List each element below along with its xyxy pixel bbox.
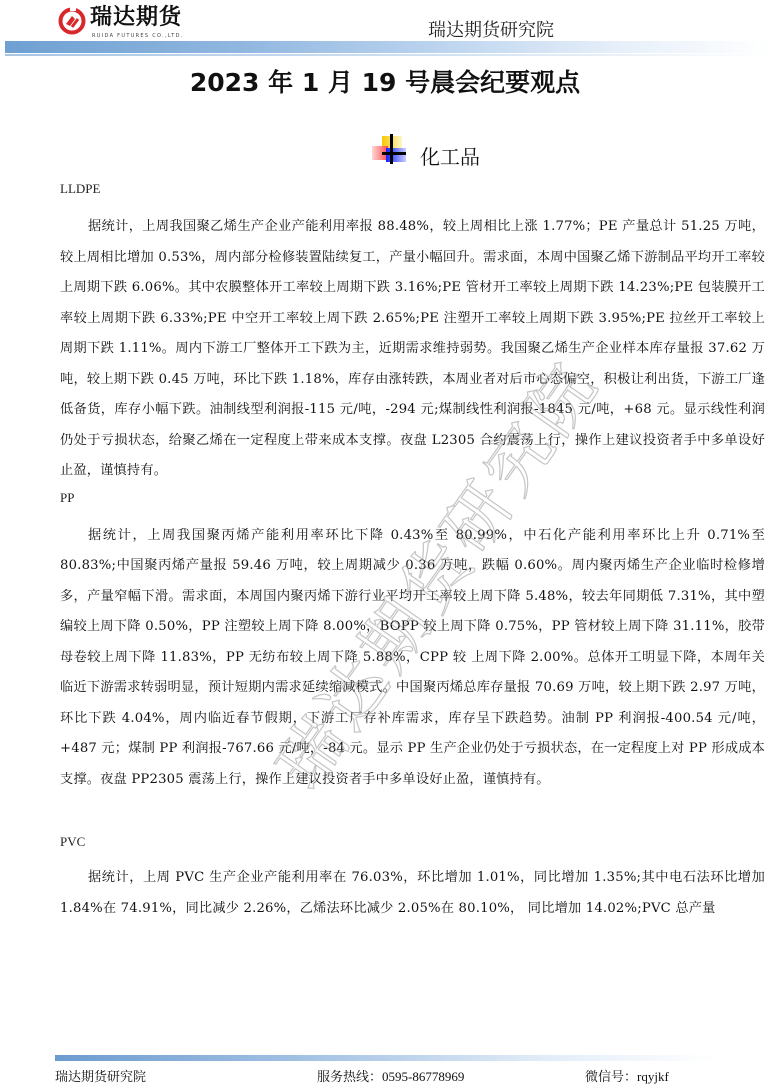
- cross-color-bullet-icon: [372, 132, 408, 168]
- commodity-label-pp: PP: [60, 487, 765, 509]
- header-institute-name: 瑞达期货研究院: [428, 19, 554, 43]
- commodity-paragraph-pvc: 据统计，上周 PVC 生产企业产能利用率在 76.03%，环比增加 1.01%，…: [60, 863, 765, 924]
- commodity-paragraph-lldpe: 据统计，上周我国聚乙烯生产企业产能利用率报 88.48%，较上周相比上涨 1.7…: [60, 212, 765, 487]
- footer-gradient-bar: [55, 1055, 715, 1061]
- ruida-logo-icon: [58, 7, 86, 35]
- footer-org: 瑞达期货研究院: [55, 1066, 146, 1088]
- footer-wechat: 微信号：rqyjkf: [585, 1066, 669, 1088]
- section-heading-label: 化工品: [420, 144, 480, 170]
- document-title: 2023 年 1 月 19 号晨会纪要观点: [0, 66, 770, 100]
- footer-hotline: 服务热线：0595-86778969: [317, 1066, 464, 1088]
- page-footer: 瑞达期货研究院 服务热线：0595-86778969 微信号：rqyjkf: [55, 1066, 765, 1088]
- commodity-paragraph-pp: 据统计，上周我国聚丙烯产能利用率环比下降 0.43%至 80.99%，中石化产能…: [60, 521, 765, 796]
- header-gradient-bar: [5, 41, 770, 53]
- commodity-label-lldpe: LLDPE: [60, 178, 765, 200]
- logo-text-en: RUIDA FUTURES CO.,LTD.: [92, 33, 184, 39]
- page-header: 瑞达期货 RUIDA FUTURES CO.,LTD. 瑞达期货研究院: [0, 0, 770, 60]
- commodity-label-pvc: PVC: [60, 831, 765, 853]
- section-heading: 化工品: [372, 132, 572, 172]
- header-divider: [5, 54, 770, 56]
- company-logo: 瑞达期货 RUIDA FUTURES CO.,LTD.: [58, 4, 208, 44]
- logo-text-cn: 瑞达期货: [90, 5, 182, 31]
- document-body: LLDPE 据统计，上周我国聚乙烯生产企业产能利用率报 88.48%，较上周相比…: [60, 178, 765, 924]
